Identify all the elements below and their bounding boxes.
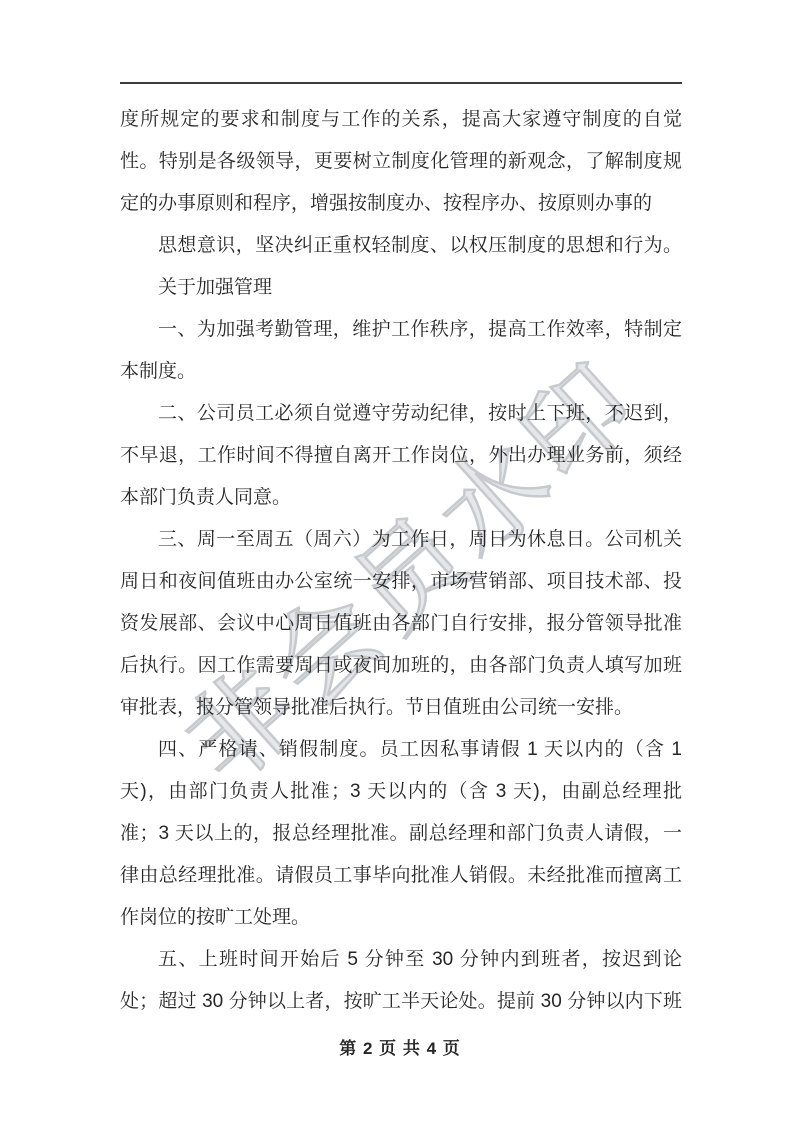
header-rule bbox=[120, 82, 682, 84]
text-line: 天)，由部门负责人批准；3 天以内的（含 3 天)，由副总经理批 bbox=[120, 771, 682, 813]
text-line: 本制度。 bbox=[120, 351, 682, 393]
text-line: 性。特别是各级领导，更要树立制度化管理的新观念，了解制度规 bbox=[120, 141, 682, 183]
page-number-footer: 第 2 页 共 4 页 bbox=[0, 1034, 800, 1059]
text-line: 度所规定的要求和制度与工作的关系，提高大家遵守制度的自觉 bbox=[120, 99, 682, 141]
text-line: 处；超过 30 分钟以上者，按旷工半天论处。提前 30 分钟以内下班 bbox=[120, 981, 682, 1023]
text-line: 不早退，工作时间不得擅自离开工作岗位，外出办理业务前，须经 bbox=[120, 435, 682, 477]
text-line: 二、公司员工必须自觉遵守劳动纪律，按时上下班，不迟到， bbox=[120, 393, 682, 435]
text-line: 定的办事原则和程序，增强按制度办、按程序办、按原则办事的 bbox=[120, 183, 682, 225]
text-line: 后执行。因工作需要周日或夜间加班的，由各部门负责人填写加班 bbox=[120, 645, 682, 687]
text-line: 四、严格请、销假制度。员工因私事请假 1 天以内的（含 1 bbox=[120, 729, 682, 771]
text-line: 关于加强管理 bbox=[120, 267, 682, 309]
text-line: 三、周一至周五（周六）为工作日，周日为休息日。公司机关 bbox=[120, 519, 682, 561]
text-line: 思想意识，坚决纠正重权轻制度、以权压制度的思想和行为。 bbox=[120, 225, 682, 267]
text-line: 作岗位的按旷工处理。 bbox=[120, 897, 682, 939]
text-line: 准；3 天以上的，报总经理批准。副总经理和部门负责人请假，一 bbox=[120, 813, 682, 855]
text-line: 律由总经理批准。请假员工事毕向批准人销假。未经批准而擅离工 bbox=[120, 855, 682, 897]
document-page: 非会员水印 度所规定的要求和制度与工作的关系，提高大家遵守制度的自觉性。特别是各… bbox=[0, 0, 800, 1131]
text-line: 审批表，报分管领导批准后执行。节日值班由公司统一安排。 bbox=[120, 687, 682, 729]
document-body: 度所规定的要求和制度与工作的关系，提高大家遵守制度的自觉性。特别是各级领导，更要… bbox=[120, 99, 682, 1023]
text-line: 五、上班时间开始后 5 分钟至 30 分钟内到班者，按迟到论 bbox=[120, 939, 682, 981]
text-line: 一、为加强考勤管理，维护工作秩序，提高工作效率，特制定 bbox=[120, 309, 682, 351]
text-line: 本部门负责人同意。 bbox=[120, 477, 682, 519]
text-line: 周日和夜间值班由办公室统一安排，市场营销部、项目技术部、投 bbox=[120, 561, 682, 603]
text-line: 资发展部、会议中心周日值班由各部门自行安排，报分管领导批准 bbox=[120, 603, 682, 645]
